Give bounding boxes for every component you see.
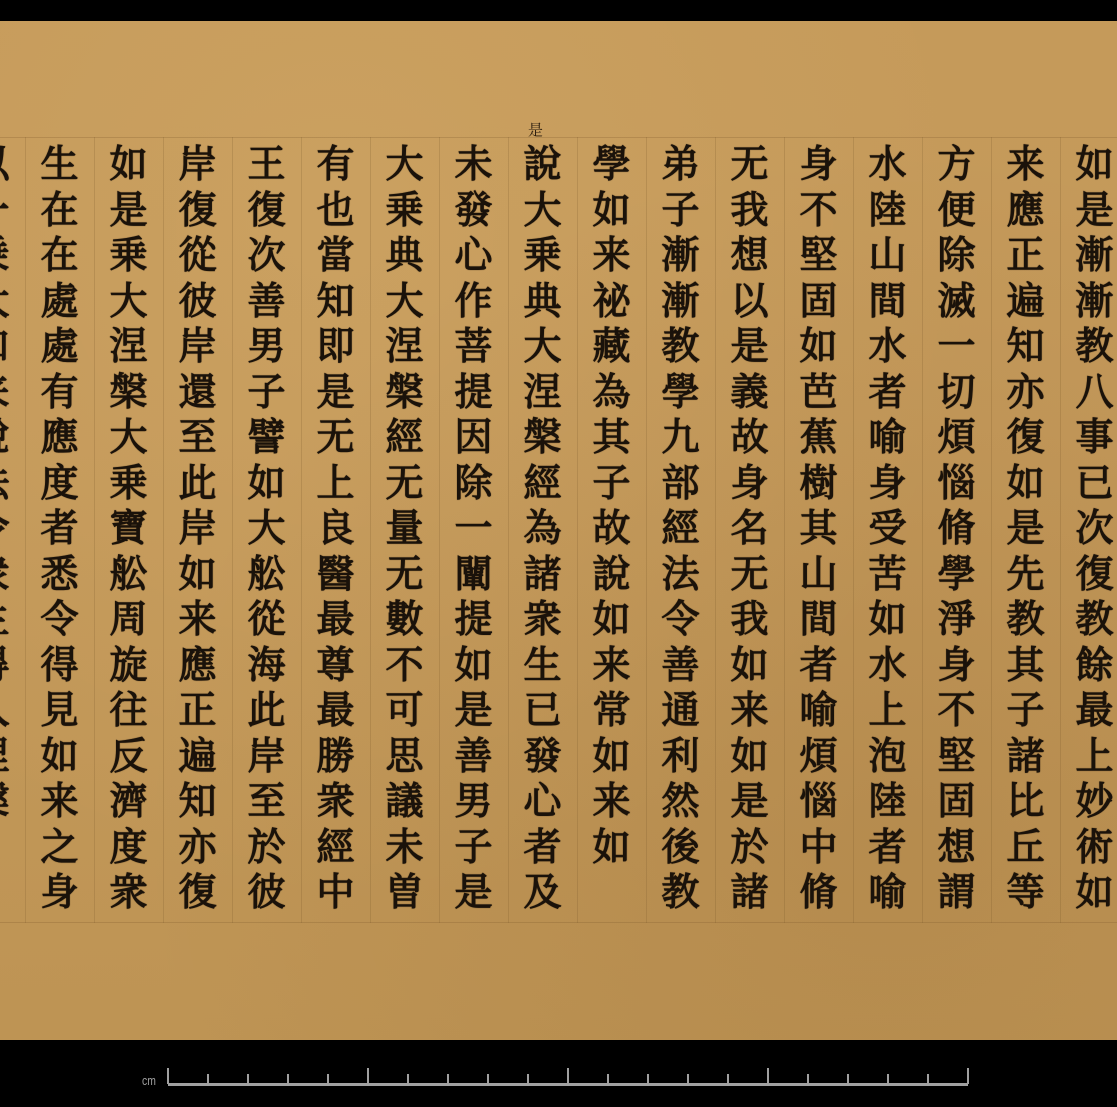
- calligraphy-character: 良: [301, 505, 370, 551]
- calligraphy-character: 乗: [370, 187, 439, 233]
- calligraphy-character: 一: [439, 505, 508, 551]
- calligraphy-character: 如: [715, 642, 784, 688]
- calligraphy-character: 已: [508, 687, 577, 733]
- calligraphy-character: 未: [439, 141, 508, 187]
- text-column: 水陸山間水者喻身受苦如水上泡陸者喻: [853, 137, 922, 923]
- marginal-correction-annotation: 是: [528, 123, 543, 138]
- scale-minor-tick: [927, 1074, 929, 1084]
- calligraphy-character: 發: [508, 733, 577, 779]
- calligraphy-character: 不: [922, 687, 991, 733]
- calligraphy-character: 乗: [94, 232, 163, 278]
- calligraphy-character: 菩: [439, 323, 508, 369]
- calligraphy-character: 遍: [163, 733, 232, 779]
- calligraphy-character: 名: [715, 505, 784, 551]
- calligraphy-character: 反: [94, 733, 163, 779]
- calligraphy-character: 便: [922, 187, 991, 233]
- calligraphy-character: 在: [25, 187, 94, 233]
- calligraphy-character: 槃: [94, 369, 163, 415]
- calligraphy-character: 旋: [94, 642, 163, 688]
- calligraphy-character: 衆: [0, 551, 25, 597]
- calligraphy-character: 上: [853, 687, 922, 733]
- calligraphy-character: 是: [439, 869, 508, 915]
- calligraphy-character: 通: [646, 687, 715, 733]
- scale-minor-tick: [247, 1074, 249, 1084]
- scale-minor-tick: [687, 1074, 689, 1084]
- calligraphy-character: 善: [439, 733, 508, 779]
- calligraphy-character: 喻: [853, 869, 922, 915]
- calligraphy-character: 山: [853, 232, 922, 278]
- calligraphy-character: 岸: [232, 733, 301, 779]
- calligraphy-character: 為: [508, 505, 577, 551]
- calligraphy-character: 喻: [853, 414, 922, 460]
- calligraphy-character: 固: [922, 778, 991, 824]
- calligraphy-character: 術: [1060, 824, 1117, 870]
- scale-major-tick: [567, 1068, 569, 1084]
- calligraphy-character: 中: [301, 869, 370, 915]
- calligraphy-character: 者: [508, 824, 577, 870]
- calligraphy-character: 水: [853, 323, 922, 369]
- calligraphy-character: 漸: [646, 278, 715, 324]
- calligraphy-character: 典: [370, 232, 439, 278]
- calligraphy-character: 生: [0, 596, 25, 642]
- calligraphy-character: 山: [784, 551, 853, 597]
- calligraphy-character: 善: [232, 278, 301, 324]
- text-column: 說大乗典大涅槃經為諸衆生已發心者及: [508, 137, 577, 923]
- calligraphy-character: 法: [646, 551, 715, 597]
- scale-major-tick: [967, 1068, 969, 1084]
- calligraphy-character: 以: [715, 278, 784, 324]
- calligraphy-character: 大: [94, 414, 163, 460]
- calligraphy-character: 子: [991, 687, 1060, 733]
- calligraphy-character: 无: [370, 551, 439, 597]
- calligraphy-character: 後: [646, 824, 715, 870]
- calligraphy-character: 復: [232, 187, 301, 233]
- text-column: 岸復從彼岸還至此岸如来應正遍知亦復: [163, 137, 232, 923]
- scale-minor-tick: [887, 1074, 889, 1084]
- calligraphy-character: 乗: [94, 460, 163, 506]
- calligraphy-character: 即: [301, 323, 370, 369]
- calligraphy-character: 漸: [1060, 278, 1117, 324]
- calligraphy-character: 乗: [508, 232, 577, 278]
- calligraphy-character: 舩: [232, 551, 301, 597]
- scale-minor-tick: [447, 1074, 449, 1084]
- calligraphy-character: 衆: [508, 596, 577, 642]
- calligraphy-character: 如: [577, 596, 646, 642]
- calligraphy-character: 因: [439, 414, 508, 460]
- calligraphy-character: 說: [508, 141, 577, 187]
- calligraphy-character: 度: [25, 460, 94, 506]
- calligraphy-character: 教: [1060, 596, 1117, 642]
- calligraphy-character: 處: [25, 323, 94, 369]
- calligraphy-character: 大: [0, 278, 25, 324]
- calligraphy-character: 无: [301, 414, 370, 460]
- calligraphy-character: 身: [715, 460, 784, 506]
- calligraphy-character: 固: [784, 278, 853, 324]
- scale-bar-line: [168, 1083, 968, 1086]
- calligraphy-character: 於: [715, 824, 784, 870]
- calligraphy-character: 身: [25, 869, 94, 915]
- calligraphy-character: 九: [646, 414, 715, 460]
- calligraphy-character: 知: [991, 323, 1060, 369]
- calligraphy-character: 正: [991, 232, 1060, 278]
- calligraphy-character: 脩: [784, 869, 853, 915]
- ruled-text-area: 如是漸漸教八事已次復教餘最上妙術如来應正遍知亦復如是先教其子諸比丘等方便除滅一切…: [0, 137, 1117, 923]
- calligraphy-character: 煩: [784, 733, 853, 779]
- calligraphy-character: 當: [301, 232, 370, 278]
- calligraphy-character: 如: [439, 642, 508, 688]
- text-column: 方便除滅一切煩惱脩學淨身不堅固想謂: [922, 137, 991, 923]
- calligraphy-character: 提: [439, 596, 508, 642]
- calligraphy-character: 丘: [991, 824, 1060, 870]
- scale-minor-tick: [807, 1074, 809, 1084]
- scale-minor-tick: [847, 1074, 849, 1084]
- calligraphy-character: 亦: [991, 369, 1060, 415]
- calligraphy-character: 是: [991, 505, 1060, 551]
- calligraphy-character: 最: [301, 687, 370, 733]
- calligraphy-character: 大: [508, 187, 577, 233]
- calligraphy-character: 復: [991, 414, 1060, 460]
- calligraphy-character: 涅: [370, 323, 439, 369]
- calligraphy-character: 是: [715, 778, 784, 824]
- calligraphy-character: 藏: [577, 323, 646, 369]
- calligraphy-character: 是: [439, 687, 508, 733]
- calligraphy-character: 學: [577, 141, 646, 187]
- calligraphy-character: 者: [25, 505, 94, 551]
- calligraphy-character: 如: [991, 460, 1060, 506]
- scale-minor-tick: [487, 1074, 489, 1084]
- calligraphy-character: 漸: [1060, 232, 1117, 278]
- calligraphy-character: 切: [922, 369, 991, 415]
- text-column: 以一乗大如来說法令衆生得入涅槃: [0, 137, 25, 923]
- calligraphy-character: 者: [853, 824, 922, 870]
- calligraphy-character: 无: [715, 551, 784, 597]
- text-column: 无我想以是義故身名无我如来如是於諸: [715, 137, 784, 923]
- calligraphy-character: 槃: [508, 414, 577, 460]
- calligraphy-character: 教: [646, 323, 715, 369]
- calligraphy-character: 我: [715, 187, 784, 233]
- calligraphy-character: 生: [25, 141, 94, 187]
- calligraphy-character: 脩: [922, 505, 991, 551]
- calligraphy-character: 諸: [715, 869, 784, 915]
- calligraphy-character: 從: [163, 232, 232, 278]
- calligraphy-character: 經: [301, 824, 370, 870]
- calligraphy-character: 之: [25, 824, 94, 870]
- calligraphy-character: 還: [163, 369, 232, 415]
- calligraphy-character: 於: [232, 824, 301, 870]
- calligraphy-character: 来: [577, 232, 646, 278]
- calligraphy-character: 来: [577, 778, 646, 824]
- calligraphy-character: 法: [0, 460, 25, 506]
- calligraphy-character: 復: [163, 187, 232, 233]
- text-column: 生在在處處有應度者悉令得見如来之身: [25, 137, 94, 923]
- text-column: 弟子漸漸教學九部經法令善通利然後教: [646, 137, 715, 923]
- calligraphy-character: 如: [94, 141, 163, 187]
- calligraphy-character: 已: [1060, 460, 1117, 506]
- calligraphy-character: 是: [715, 323, 784, 369]
- calligraphy-character: 来: [0, 369, 25, 415]
- calligraphy-character: 滅: [922, 278, 991, 324]
- calligraphy-character: 義: [715, 369, 784, 415]
- calligraphy-character: 身: [784, 141, 853, 187]
- scale-minor-tick: [527, 1074, 529, 1084]
- calligraphy-character: 者: [784, 642, 853, 688]
- calligraphy-character: 常: [577, 687, 646, 733]
- calligraphy-character: 諸: [991, 733, 1060, 779]
- calligraphy-character: 大: [370, 278, 439, 324]
- calligraphy-character: 教: [991, 596, 1060, 642]
- calligraphy-character: 涅: [508, 369, 577, 415]
- calligraphy-character: 妙: [1060, 778, 1117, 824]
- calligraphy-character: 喻: [784, 687, 853, 733]
- calligraphy-character: 以: [0, 141, 25, 187]
- calligraphy-character: 涅: [0, 733, 25, 779]
- calligraphy-character: 然: [646, 778, 715, 824]
- calligraphy-character: 无: [370, 460, 439, 506]
- calligraphy-character: 度: [94, 824, 163, 870]
- calligraphy-character: 弟: [646, 141, 715, 187]
- calligraphy-character: 提: [439, 369, 508, 415]
- calligraphy-character: 最: [1060, 687, 1117, 733]
- calligraphy-character: 闡: [439, 551, 508, 597]
- calligraphy-character: 岸: [163, 141, 232, 187]
- calligraphy-character: 岸: [163, 505, 232, 551]
- calligraphy-character: 寶: [94, 505, 163, 551]
- calligraphy-character: 學: [922, 551, 991, 597]
- scale-major-tick: [367, 1068, 369, 1084]
- calligraphy-character: 上: [1060, 733, 1117, 779]
- calligraphy-character: 先: [991, 551, 1060, 597]
- calligraphy-character: 泡: [853, 733, 922, 779]
- scale-major-tick: [767, 1068, 769, 1084]
- calligraphy-character: 来: [163, 596, 232, 642]
- calligraphy-character: 遍: [991, 278, 1060, 324]
- calligraphy-character: 子: [439, 824, 508, 870]
- calligraphy-character: 心: [439, 232, 508, 278]
- calligraphy-character: 是: [1060, 187, 1117, 233]
- calligraphy-character: 經: [370, 414, 439, 460]
- calligraphy-character: 得: [0, 642, 25, 688]
- calligraphy-character: 從: [232, 596, 301, 642]
- calligraphy-character: 得: [25, 642, 94, 688]
- text-column: 有也當知即是无上良醫最尊最勝衆經中: [301, 137, 370, 923]
- calligraphy-character: 大: [508, 323, 577, 369]
- calligraphy-character: 来: [715, 687, 784, 733]
- calligraphy-character: 彼: [163, 278, 232, 324]
- calligraphy-character: 除: [439, 460, 508, 506]
- calligraphy-character: 堅: [922, 733, 991, 779]
- text-column: 来應正遍知亦復如是先教其子諸比丘等: [991, 137, 1060, 923]
- calligraphy-character: 海: [232, 642, 301, 688]
- calligraphy-character: 應: [163, 642, 232, 688]
- calligraphy-character: 彼: [232, 869, 301, 915]
- calligraphy-character: 正: [163, 687, 232, 733]
- calligraphy-character: 乗: [0, 232, 25, 278]
- calligraphy-character: 子: [646, 187, 715, 233]
- scale-minor-tick: [727, 1074, 729, 1084]
- calligraphy-character: 也: [301, 187, 370, 233]
- text-column: 未發心作菩提因除一闡提如是善男子是: [439, 137, 508, 923]
- calligraphy-character: 如: [577, 187, 646, 233]
- calligraphy-character: 比: [991, 778, 1060, 824]
- calligraphy-character: 如: [163, 551, 232, 597]
- calligraphy-character: 樹: [784, 460, 853, 506]
- calligraphy-character: 如: [1060, 141, 1117, 187]
- text-column: 如是漸漸教八事已次復教餘最上妙術如: [1060, 137, 1117, 923]
- calligraphy-character: 可: [370, 687, 439, 733]
- calligraphy-character: 水: [853, 642, 922, 688]
- calligraphy-character: 想: [922, 824, 991, 870]
- calligraphy-character: 有: [301, 141, 370, 187]
- calligraphy-character: 槃: [370, 369, 439, 415]
- calligraphy-character: 惱: [922, 460, 991, 506]
- calligraphy-character: 經: [646, 505, 715, 551]
- calligraphy-character: 不: [784, 187, 853, 233]
- calligraphy-character: 此: [163, 460, 232, 506]
- calligraphy-character: 来: [25, 778, 94, 824]
- calligraphy-character: 子: [577, 460, 646, 506]
- calligraphy-character: 餘: [1060, 642, 1117, 688]
- calligraphy-character: 在: [25, 232, 94, 278]
- calligraphy-character: 男: [232, 323, 301, 369]
- calligraphy-character: 堅: [784, 232, 853, 278]
- scale-minor-tick: [207, 1074, 209, 1084]
- calligraphy-character: 惱: [784, 778, 853, 824]
- calligraphy-character: 不: [370, 642, 439, 688]
- calligraphy-character: 蕉: [784, 414, 853, 460]
- calligraphy-character: 處: [25, 278, 94, 324]
- calligraphy-character: 陸: [853, 187, 922, 233]
- calligraphy-character: 為: [577, 369, 646, 415]
- calligraphy-character: 作: [439, 278, 508, 324]
- text-column: 學如来祕藏為其子故說如来常如来如: [577, 137, 646, 923]
- calligraphy-character: 想: [715, 232, 784, 278]
- calligraphy-character: 是: [94, 187, 163, 233]
- calligraphy-character: 間: [784, 596, 853, 642]
- calligraphy-character: 故: [577, 505, 646, 551]
- calligraphy-character: 經: [508, 460, 577, 506]
- calligraphy-character: 至: [163, 414, 232, 460]
- calligraphy-character: 上: [301, 460, 370, 506]
- calligraphy-character: 譬: [232, 414, 301, 460]
- calligraphy-character: 事: [1060, 414, 1117, 460]
- calligraphy-character: 受: [853, 505, 922, 551]
- calligraphy-character: 亦: [163, 824, 232, 870]
- calligraphy-character: 故: [715, 414, 784, 460]
- calligraphy-character: 典: [508, 278, 577, 324]
- calligraphy-character: 往: [94, 687, 163, 733]
- calligraphy-character: 等: [991, 869, 1060, 915]
- calligraphy-character: 量: [370, 505, 439, 551]
- calligraphy-character: 部: [646, 460, 715, 506]
- calligraphy-character: 說: [577, 551, 646, 597]
- calligraphy-character: 其: [577, 414, 646, 460]
- scale-minor-tick: [647, 1074, 649, 1084]
- calligraphy-character: 此: [232, 687, 301, 733]
- calligraphy-character: 謂: [922, 869, 991, 915]
- calligraphy-character: 无: [715, 141, 784, 187]
- calligraphy-character: 尊: [301, 642, 370, 688]
- text-column: 身不堅固如芭蕉樹其山間者喻煩惱中脩: [784, 137, 853, 923]
- calligraphy-character: 復: [163, 869, 232, 915]
- text-column: 王復次善男子譬如大舩從海此岸至於彼: [232, 137, 301, 923]
- calligraphy-character: 陸: [853, 778, 922, 824]
- calligraphy-character: 如: [1060, 869, 1117, 915]
- calligraphy-character: 令: [0, 505, 25, 551]
- calligraphy-character: 教: [1060, 323, 1117, 369]
- calligraphy-character: 發: [439, 187, 508, 233]
- calligraphy-character: 間: [853, 278, 922, 324]
- calligraphy-character: 其: [991, 642, 1060, 688]
- calligraphy-character: 八: [1060, 369, 1117, 415]
- calligraphy-character: 除: [922, 232, 991, 278]
- calligraphy-character: 周: [94, 596, 163, 642]
- text-column: 大乗典大涅槃經无量无數不可思議未曽: [370, 137, 439, 923]
- calligraphy-character: 次: [232, 232, 301, 278]
- calligraphy-character: 知: [301, 278, 370, 324]
- calligraphy-character: 次: [1060, 505, 1117, 551]
- calligraphy-character: 最: [301, 596, 370, 642]
- calligraphy-character: 教: [646, 869, 715, 915]
- calligraphy-character: 復: [1060, 551, 1117, 597]
- calligraphy-character: 知: [163, 778, 232, 824]
- calligraphy-character: 議: [370, 778, 439, 824]
- calligraphy-character: 大: [232, 505, 301, 551]
- calligraphy-character: 大: [370, 141, 439, 187]
- calligraphy-character: 應: [991, 187, 1060, 233]
- calligraphy-character: 濟: [94, 778, 163, 824]
- scale-minor-tick: [287, 1074, 289, 1084]
- calligraphy-character: 有: [25, 369, 94, 415]
- calligraphy-character: 醫: [301, 551, 370, 597]
- calligraphy-character: 芭: [784, 369, 853, 415]
- calligraphy-character: 心: [508, 778, 577, 824]
- calligraphy-character: 淨: [922, 596, 991, 642]
- calligraphy-character: 涅: [94, 323, 163, 369]
- calligraphy-character: 令: [25, 596, 94, 642]
- calligraphy-character: 苦: [853, 551, 922, 597]
- top-black-border: [0, 0, 1117, 21]
- calligraphy-character: 祕: [577, 278, 646, 324]
- calligraphy-character: 来: [577, 642, 646, 688]
- calligraphy-character: 中: [784, 824, 853, 870]
- calligraphy-character: 我: [715, 596, 784, 642]
- calligraphy-character: 岸: [163, 323, 232, 369]
- calligraphy-character: 衆: [301, 778, 370, 824]
- calligraphy-character: 生: [508, 642, 577, 688]
- calligraphy-character: 漸: [646, 232, 715, 278]
- scale-minor-tick: [327, 1074, 329, 1084]
- calligraphy-character: 數: [370, 596, 439, 642]
- calligraphy-character: 槃: [0, 778, 25, 824]
- calligraphy-character: 至: [232, 778, 301, 824]
- calligraphy-character: 如: [715, 733, 784, 779]
- calligraphy-character: 方: [922, 141, 991, 187]
- calligraphy-character: 一: [922, 323, 991, 369]
- calligraphy-character: 如: [232, 460, 301, 506]
- calligraphy-character: 者: [853, 369, 922, 415]
- calligraphy-character: 勝: [301, 733, 370, 779]
- calligraphy-character: 衆: [94, 869, 163, 915]
- calligraphy-character: 身: [853, 460, 922, 506]
- calligraphy-character: 曽: [370, 869, 439, 915]
- text-column: 如是乗大涅槃大乗寶舩周旋往反濟度衆: [94, 137, 163, 923]
- calligraphy-character: 身: [922, 642, 991, 688]
- calligraphy-character: 諸: [508, 551, 577, 597]
- calligraphy-character: 學: [646, 369, 715, 415]
- calligraphy-character: 令: [646, 596, 715, 642]
- calligraphy-character: 入: [0, 687, 25, 733]
- calligraphy-character: 未: [370, 824, 439, 870]
